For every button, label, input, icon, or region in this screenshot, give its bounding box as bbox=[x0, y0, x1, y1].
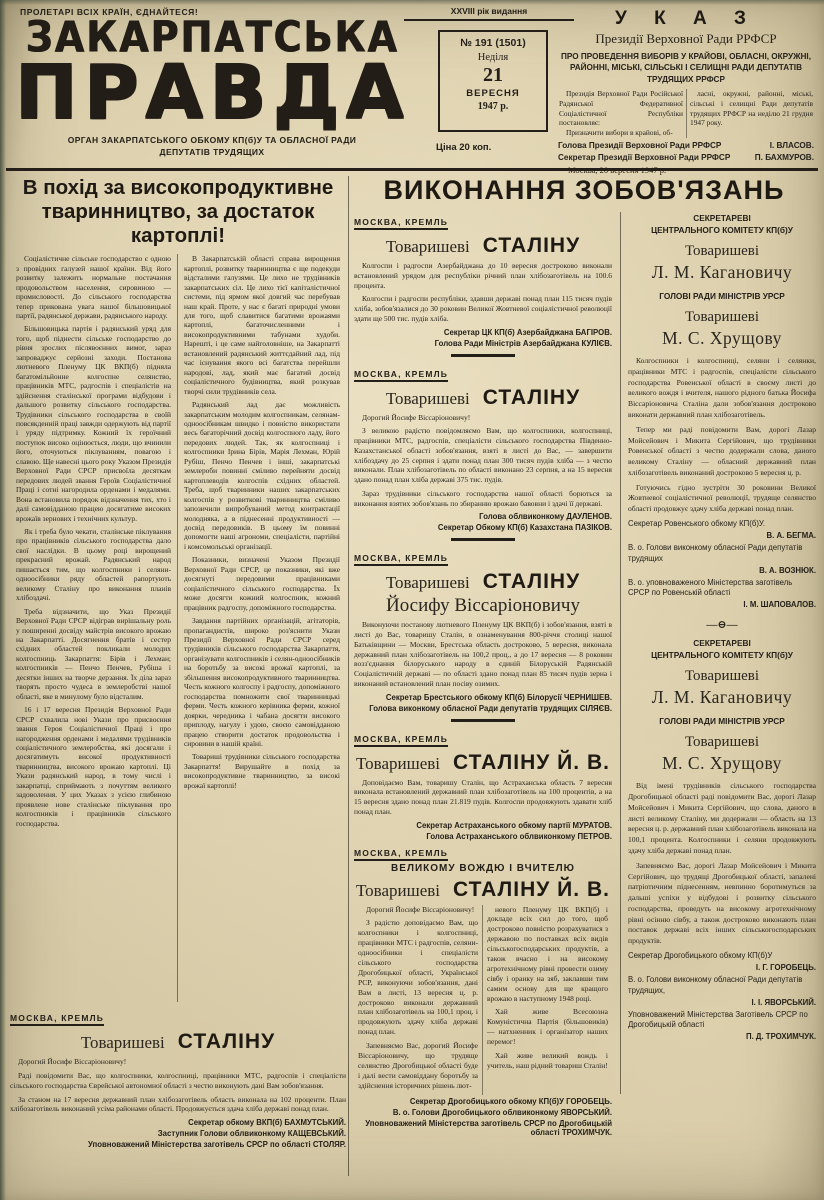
issue-day: 21 bbox=[440, 64, 546, 87]
article-body: Виконуючи постанову лютневого Пленуму ЦК… bbox=[354, 620, 612, 688]
signature-line: Уповноважений Міністерства заготівель СР… bbox=[354, 1119, 612, 1137]
editorial-article: В похід за високопродуктивне тваринництв… bbox=[10, 176, 346, 1192]
article-body: Від імені трудівників сільського господа… bbox=[628, 781, 816, 947]
letter-article: СЕКРЕТАРЕВІ ЦЕНТРАЛЬНОГО КОМІТЕТУ КП(б)У… bbox=[628, 212, 816, 611]
editorial-headline: В похід за високопродуктивне тваринництв… bbox=[10, 176, 346, 247]
signature-block: Секретар Брестського обкому КП(б) Білору… bbox=[354, 693, 612, 713]
article-title: Товаришеві СТАЛІНУ Й. В. bbox=[354, 878, 612, 902]
signature-block: Секретар Астраханського обкому партії МУ… bbox=[354, 821, 612, 841]
title-name: М. С. Хрущову bbox=[628, 753, 816, 774]
paragraph: Зараз трудівники сільського господарства… bbox=[354, 489, 612, 509]
address-heading: ГОЛОВІ РАДИ МІНІСТРІВ УРСР bbox=[628, 290, 816, 302]
paragraph: Запевняємо Вас, дорогі Лазар Мойсейович … bbox=[628, 861, 816, 947]
letter-article: МОСКВА, КРЕМЛЬ Товаришеві СТАЛІНУ Дороги… bbox=[354, 364, 612, 542]
paragraph: Хай живе великий вождь і учитель, наш рі… bbox=[487, 1051, 608, 1071]
article-title: Товаришеві СТАЛІНУ Й. В. bbox=[354, 751, 612, 775]
title-name: СТАЛІНУ bbox=[483, 386, 580, 409]
signature-line: І. М. ШАПОВАЛОВ. bbox=[628, 600, 816, 611]
ukaz-subtitle: Президії Верховної Ради РРФСР bbox=[556, 31, 816, 47]
signature-line: Секретар Обкому КП(б) Казахстана ПАЗІКОВ… bbox=[354, 523, 612, 532]
title-name: СТАЛІНУ Й. В. bbox=[453, 878, 610, 901]
signature-line: Секретар Брестського обкому КП(б) Білору… bbox=[354, 693, 612, 702]
editorial-column: Соціалістичне сільське господарство є од… bbox=[10, 254, 178, 1002]
signature-name: П. БАХМУРОВ. bbox=[755, 153, 814, 162]
signature-line: В. А. БЕГМА. bbox=[628, 531, 816, 542]
article-divider bbox=[451, 719, 515, 722]
article-kicker: МОСКВА, КРЕМЛЬ bbox=[354, 369, 448, 382]
address-heading: ЦЕНТРАЛЬНОГО КОМІТЕТУ КП(б)У bbox=[628, 649, 816, 661]
signature-block: Голова облвиконкому ДАУЛЕНОВ.Секретар Об… bbox=[354, 512, 612, 532]
article-title: Товаришеві СТАЛІНУ bbox=[354, 386, 612, 410]
article-column: невого Пленуму ЦК ВКП(б) і докладе всіх … bbox=[483, 905, 612, 1095]
paragraph: 16 і 17 вересня Президія Верховної Ради … bbox=[16, 705, 171, 828]
article-title: Товаришеві СТАЛІНУ bbox=[10, 1030, 346, 1054]
title-name: СТАЛІНУ bbox=[178, 1030, 275, 1053]
masthead: ЗАКАРПАТСЬКА ПРАВДА ОРГАН ЗАКАРПАТСЬКОГО… bbox=[14, 18, 410, 157]
letter-article: МОСКВА, КРЕМЛЬ Товаришеві СТАЛІНУ Дороги… bbox=[10, 1008, 346, 1149]
ukaz-body: Президія Верховної Ради Російської Радян… bbox=[556, 89, 816, 137]
title-pre: Товаришеві bbox=[356, 754, 440, 773]
signature-line: Голова Ради Міністрів Азербайджана КУЛІЄ… bbox=[354, 339, 612, 348]
section-divider: —⊖— bbox=[628, 618, 816, 631]
title-name: М. С. Хрущову bbox=[628, 328, 816, 349]
signature-line: Секретар Президії Верховної Ради РРФСР П… bbox=[556, 153, 816, 162]
paragraph: Готуючись гідно зустріти 30 роковини Вел… bbox=[628, 483, 816, 515]
paragraph: Призначити вибори в крайові, об- bbox=[559, 128, 683, 138]
signature-line: В. А. ВОЗНЮК. bbox=[628, 566, 816, 577]
paragraph: Дорогий Йосифе Віссаріоновичу! bbox=[10, 1057, 346, 1067]
paragraph: Від імені трудівників сільського господа… bbox=[628, 781, 816, 856]
article-body: Дорогий Йосифе Віссаріоновичу!З великою … bbox=[354, 413, 612, 509]
paragraph: З великою радістю повідомляємо Вам, що к… bbox=[354, 426, 612, 485]
title-pre: Товаришеві bbox=[628, 668, 816, 685]
paragraph: Доповідаємо Вам, товаришу Сталін, що Аст… bbox=[354, 778, 612, 817]
center-column: МОСКВА, КРЕМЛЬ Товаришеві СТАЛІНУ Колгос… bbox=[354, 212, 612, 1194]
paragraph: Хай живе Всесоюзна Комуністична Партія (… bbox=[487, 1007, 608, 1047]
signature-block: Секретар Дрогобицького обкому КП(б)УІ. Г… bbox=[628, 951, 816, 1043]
letter-article: МОСКВА, КРЕМЛЬ Товаришеві СТАЛІНУ Й. В. … bbox=[354, 729, 612, 841]
paragraph: Колгоспи і радгоспи республіки, здавши д… bbox=[354, 294, 612, 323]
paragraph: Показники, визначені Указом Президії Вер… bbox=[184, 555, 340, 612]
paragraph: Дорогий Йосифе Віссаріоновичу! bbox=[358, 905, 478, 915]
letter-article: МОСКВА, КРЕМЛЬ Товаришеві СТАЛІНУ Йосифу… bbox=[354, 548, 612, 721]
article-body: Колгоспи і радгоспи Азербайджана до 10 в… bbox=[354, 261, 612, 324]
signature-role: Секретар Президії Верховної Ради РРФСР bbox=[558, 153, 730, 162]
ukaz-title: У К А З bbox=[556, 8, 816, 30]
paragraph: невого Пленуму ЦК ВКП(б) і докладе всіх … bbox=[487, 905, 608, 1004]
title-name: СТАЛІНУ bbox=[483, 570, 580, 593]
issue-number: № 191 (1501) bbox=[440, 37, 546, 49]
paragraph: Завдання партійних організацій, агітатор… bbox=[184, 616, 340, 748]
paragraph: В Закарпатській області справа вирощення… bbox=[184, 254, 340, 396]
ukaz-column: ласні, окружні, районні, міські, сільськ… bbox=[686, 89, 816, 137]
signature-line: І. Г. ГОРОБЕЦЬ. bbox=[628, 963, 816, 974]
article-kicker: МОСКВА, КРЕМЛЬ bbox=[354, 848, 448, 861]
signature-line: Голова виконкому обласної Ради депутатів… bbox=[354, 704, 612, 713]
title-pre: Товаришеві bbox=[386, 389, 470, 408]
article-kicker: МОСКВА, КРЕМЛЬ bbox=[354, 734, 448, 747]
article-title-line2: Йосифу Віссаріоновичу bbox=[354, 595, 612, 617]
signature-line: В. о. уповноваженого Міністерства заготі… bbox=[628, 578, 816, 600]
signature-line: Секретар обкому ВКП(б) БАХМУТСЬКИЙ. bbox=[10, 1118, 346, 1127]
article-divider bbox=[451, 354, 515, 357]
letter-article: СЕКРЕТАРЕВІ ЦЕНТРАЛЬНОГО КОМІТЕТУ КП(б)У… bbox=[628, 637, 816, 1043]
paragraph: Колгоспники і колгоспниці, селяни і селя… bbox=[628, 356, 816, 421]
signature-line: В. о. Голови Дрогобицького облвиконкому … bbox=[354, 1108, 612, 1117]
title-pre: Товаришеві bbox=[81, 1033, 165, 1052]
column-rule bbox=[620, 212, 621, 1094]
article-title: Товаришеві СТАЛІНУ bbox=[354, 570, 612, 594]
paragraph: ласні, окружні, районні, міські, сільськ… bbox=[690, 89, 813, 128]
right-column: СЕКРЕТАРЕВІ ЦЕНТРАЛЬНОГО КОМІТЕТУ КП(б)У… bbox=[628, 212, 816, 1194]
title-pre: Товаришеві bbox=[628, 309, 816, 326]
column-rule bbox=[348, 176, 349, 1176]
signature-name: І. ВЛАСОВ. bbox=[770, 141, 814, 150]
ukaz-article: У К А З Президії Верховної Ради РРФСР ПР… bbox=[556, 8, 816, 175]
paragraph: За станом на 17 вересня державний план х… bbox=[10, 1095, 346, 1115]
paragraph: Колгоспи і радгоспи Азербайджана до 10 в… bbox=[354, 261, 612, 290]
address-heading: ГОЛОВІ РАДИ МІНІСТРІВ УРСР bbox=[628, 715, 816, 727]
address-heading: СЕКРЕТАРЕВІ bbox=[628, 212, 816, 224]
signature-line: Заступник Голови облвиконкому КАЩЕВСЬКИЙ… bbox=[10, 1129, 346, 1138]
signature-line: Секретар Дрогобицького обкому КП(б)У bbox=[628, 951, 816, 962]
signature-block: Секретар Дрогобицького обкому КП(б)У ГОР… bbox=[354, 1097, 612, 1137]
article-body: Доповідаємо Вам, товаришу Сталін, що Аст… bbox=[354, 778, 612, 817]
article-body: Колгоспники і колгоспниці, селяни і селя… bbox=[628, 356, 816, 515]
ukaz-subhead: ПРО ПРОВЕДЕННЯ ВИБОРІВ У КРАЙОВІ, ОБЛАСН… bbox=[556, 51, 816, 85]
signature-line: В. о. Голови виконкому обласної Ради деп… bbox=[628, 543, 816, 565]
edition-year: XXVIII рік видання bbox=[404, 6, 574, 21]
signature-line: Секретар Ровенського обкому КП(б)У. bbox=[628, 519, 816, 530]
paragraph: Раді повідомити Вас, що колгоспники, кол… bbox=[10, 1071, 346, 1091]
ukaz-column: Президія Верховної Ради Російської Радян… bbox=[556, 89, 686, 137]
newspaper-page: ПРОЛЕТАРІ ВСІХ КРАЇН, ЄДНАЙТЕСЯ! XXVIII … bbox=[0, 0, 824, 1200]
signature-line: Уповноважений Міністерства Заготівель СР… bbox=[628, 1010, 816, 1032]
title-pre: Товаришеві bbox=[386, 573, 470, 592]
signature-line: Голова облвиконкому ДАУЛЕНОВ. bbox=[354, 512, 612, 521]
paragraph: Соціалістичне сільське господарство є од… bbox=[16, 254, 171, 320]
editorial-body: Соціалістичне сільське господарство є од… bbox=[10, 254, 346, 1002]
letter-article: МОСКВА, КРЕМЛЬ Товаришеві СТАЛІНУ Колгос… bbox=[354, 212, 612, 357]
title-pre: Товаришеві bbox=[386, 237, 470, 256]
signature-role: Голова Президії Верховної Ради РРФСР bbox=[558, 141, 721, 150]
section-banner: ВИКОНАННЯ ЗОБОВ'ЯЗАНЬ bbox=[352, 175, 816, 206]
paragraph: Більшовицька партія і радянський уряд дл… bbox=[16, 324, 171, 523]
signature-line: Секретар Дрогобицького обкому КП(б)У ГОР… bbox=[354, 1097, 612, 1106]
newspaper-title-line2: ПРАВДА bbox=[14, 58, 410, 126]
address-heading: ЦЕНТРАЛЬНОГО КОМІТЕТУ КП(б)У bbox=[628, 224, 816, 236]
signature-line: Секретар ЦК КП(б) Азербайджана БАГІРОВ. bbox=[354, 328, 612, 337]
paragraph: Виконуючи постанову лютневого Пленуму ЦК… bbox=[354, 620, 612, 688]
paragraph: Товариші трудівники сільського господарс… bbox=[184, 752, 340, 790]
article-body: Дорогий Йосифе Віссаріоновичу!З радістю … bbox=[354, 905, 612, 1095]
title-name: СТАЛІНУ bbox=[483, 234, 580, 257]
article-overline: ВЕЛИКОМУ ВОЖДЮ І ВЧИТЕЛЮ bbox=[354, 863, 612, 874]
scan-edge bbox=[0, 0, 6, 1200]
title-pre: Товаришеві bbox=[628, 243, 816, 260]
paragraph: Радянський лад дає можливість закарпатсь… bbox=[184, 400, 340, 551]
article-body: Дорогий Йосифе Віссаріоновичу!Раді повід… bbox=[10, 1057, 346, 1114]
paragraph: З радістю доповідаємо Вам, що колгоспник… bbox=[358, 918, 478, 1037]
paragraph: Дорогий Йосифе Віссаріоновичу! bbox=[354, 413, 612, 423]
letter-article: МОСКВА, КРЕМЛЬ ВЕЛИКОМУ ВОЖДЮ І ВЧИТЕЛЮ … bbox=[354, 843, 612, 1137]
paragraph: Треба відзначити, що Указ Президії Верхо… bbox=[16, 607, 171, 702]
paragraph: Тепер ми раді повідомити Вам, дорогі Лаз… bbox=[628, 425, 816, 479]
editorial-column: В Закарпатській області справа вирощення… bbox=[178, 254, 346, 1002]
article-column: Дорогий Йосифе Віссаріоновичу!З радістю … bbox=[354, 905, 483, 1095]
article-title: Товаришеві СТАЛІНУ bbox=[354, 234, 612, 258]
signature-line: В. о. Голови виконкому обласної Ради деп… bbox=[628, 975, 816, 997]
newspaper-title-line1: ЗАКАРПАТСЬКА bbox=[14, 16, 410, 59]
article-kicker: МОСКВА, КРЕМЛЬ bbox=[10, 1013, 104, 1026]
article-divider bbox=[451, 538, 515, 541]
address-heading: СЕКРЕТАРЕВІ bbox=[628, 637, 816, 649]
title-name: Л. М. Кагановичу bbox=[628, 262, 816, 283]
header-rule bbox=[6, 168, 818, 171]
title-pre: Товаришеві bbox=[356, 881, 440, 900]
paragraph: Як і треба було чекати, сталінське піклу… bbox=[16, 527, 171, 603]
issue-price: Ціна 20 коп. bbox=[436, 142, 491, 153]
organ-line: ДЕПУТАТІВ ТРУДЯЩИХ bbox=[14, 147, 410, 157]
signature-line: П. Д. ТРОХИМЧУК. bbox=[628, 1032, 816, 1043]
article-kicker: МОСКВА, КРЕМЛЬ bbox=[354, 553, 448, 566]
issue-box: № 191 (1501) Неділя 21 ВЕРЕСНЯ 1947 р. bbox=[438, 30, 548, 132]
title-name: СТАЛІНУ Й. В. bbox=[453, 751, 610, 774]
signature-line: І. І. ЯВОРСЬКИЙ. bbox=[628, 998, 816, 1009]
paragraph: Запевняємо Вас, дорогий Йосифе Віссаріон… bbox=[358, 1041, 478, 1090]
article-kicker: МОСКВА, КРЕМЛЬ bbox=[354, 217, 448, 230]
issue-weekday: Неділя bbox=[440, 52, 546, 63]
signature-line: Секретар Астраханського обкому партії МУ… bbox=[354, 821, 612, 830]
signature-block: Секретар обкому ВКП(б) БАХМУТСЬКИЙ.Засту… bbox=[10, 1118, 346, 1149]
paragraph: Президія Верховної Ради Російської Радян… bbox=[559, 89, 683, 128]
organ-line: ОРГАН ЗАКАРПАТСЬКОГО ОБКОМУ КП(б)У ТА ОБ… bbox=[14, 135, 410, 145]
signature-line: Уповноважений Міністерства заготівель СР… bbox=[10, 1140, 346, 1149]
title-name: Л. М. Кагановичу bbox=[628, 687, 816, 708]
signature-line: Голова Астраханського облвиконкому ПЕТРО… bbox=[354, 832, 612, 841]
scan-edge bbox=[0, 0, 824, 5]
issue-month: ВЕРЕСНЯ bbox=[440, 88, 546, 99]
signature-line: Голова Президії Верховної Ради РРФСР І. … bbox=[556, 141, 816, 150]
signature-block: Секретар Ровенського обкому КП(б)У.В. А.… bbox=[628, 519, 816, 611]
title-pre: Товаришеві bbox=[628, 734, 816, 751]
issue-year: 1947 р. bbox=[440, 101, 546, 112]
signature-block: Секретар ЦК КП(б) Азербайджана БАГІРОВ.Г… bbox=[354, 328, 612, 348]
